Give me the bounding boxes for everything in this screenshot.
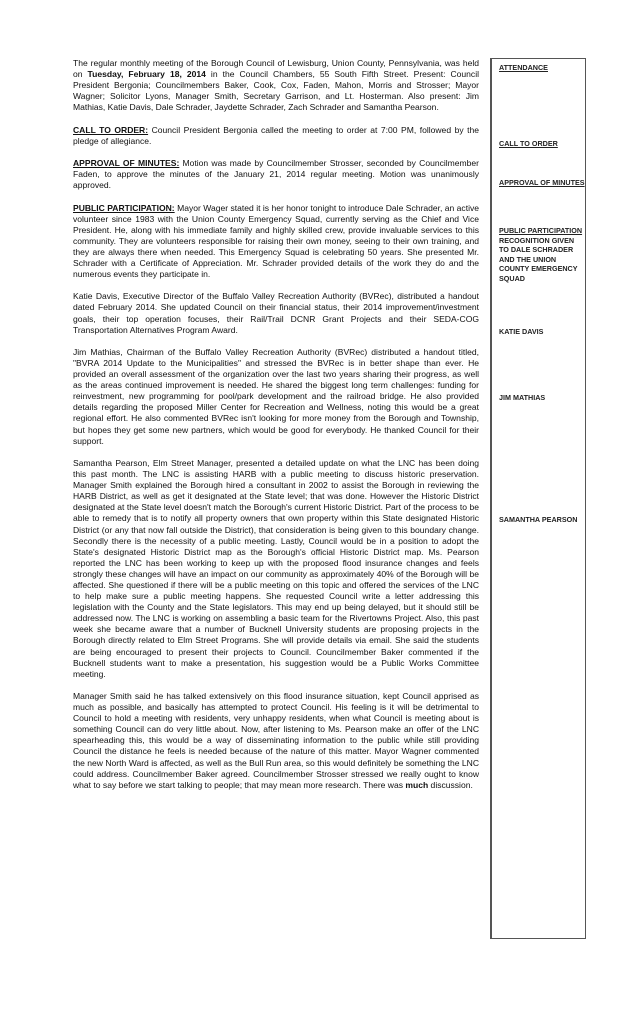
manager-smith-paragraph: Manager Smith said he has talked extensi… [73,691,479,791]
label-text: ATTENDANCE [499,63,585,73]
label-text: JIM MATHIAS [499,393,545,402]
label-text: SAMANTHA PEARSON [499,515,577,524]
attendance-paragraph: The regular monthly meeting of the Borou… [73,58,479,113]
margin-label-call-to-order: CALL TO ORDER [499,139,585,149]
jim-mathias-paragraph: Jim Mathias, Chairman of the Buffalo Val… [73,347,479,447]
margin-label-attendance: ATTENDANCE [499,63,585,73]
public-participation-text: Mayor Wager stated it is her honor tonig… [73,203,479,280]
samantha-pearson-paragraph: Samantha Pearson, Elm Street Manager, pr… [73,458,479,680]
margin-label-samantha-pearson: SAMANTHA PEARSON [499,515,585,525]
call-to-order-paragraph: CALL TO ORDER: Council President Bergoni… [73,125,479,147]
katie-davis-paragraph: Katie Davis, Executive Director of the B… [73,291,479,335]
margin-label-approval: APPROVAL OF MINUTES [499,178,585,188]
call-to-order-heading: CALL TO ORDER: [73,125,148,135]
public-participation-heading: PUBLIC PARTICIPATION: [73,203,175,213]
label-text: CALL TO ORDER [499,139,585,149]
margin-label-public-participation: PUBLIC PARTICIPATIONRECOGNITION GIVEN TO… [499,226,585,284]
approval-paragraph: APPROVAL OF MINUTES: Motion was made by … [73,158,479,191]
label-text: KATIE DAVIS [499,327,543,336]
margin-notes-box: ATTENDANCE CALL TO ORDER APPROVAL OF MIN… [490,58,586,939]
manager-smith-text: Manager Smith said he has talked extensi… [73,691,479,790]
meeting-date: Tuesday, February 18, 2014 [88,69,206,79]
label-text: PUBLIC PARTICIPATION [499,226,585,236]
approval-heading: APPROVAL OF MINUTES: [73,158,179,168]
manager-smith-text-end: discussion. [428,780,473,790]
emphasis-text: much [405,780,428,790]
margin-label-katie-davis: KATIE DAVIS [499,327,585,337]
minutes-body: The regular monthly meeting of the Borou… [73,58,479,802]
margin-label-jim-mathias: JIM MATHIAS [499,393,585,403]
label-text: APPROVAL OF MINUTES [499,178,585,188]
public-participation-paragraph: PUBLIC PARTICIPATION: Mayor Wager stated… [73,203,479,281]
label-subtext: RECOGNITION GIVEN TO DALE SCHRADER AND T… [499,236,577,283]
